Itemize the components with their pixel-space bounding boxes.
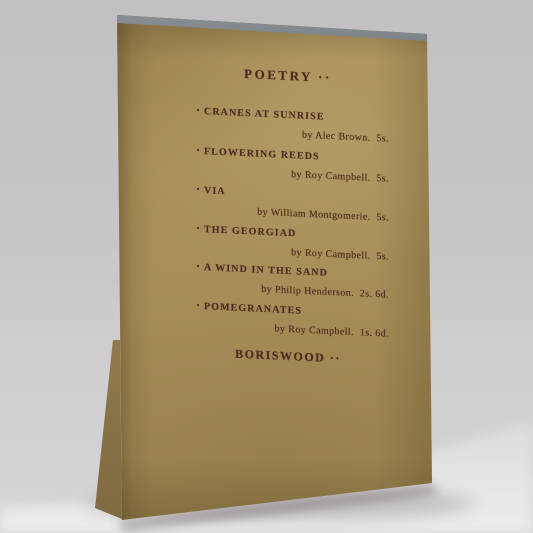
book-title-line: ·THE GEORGIAD [196,222,389,245]
cover-printed-text: POETRY ·· ·CRANES AT SUNRISE by Alec Bro… [178,62,398,382]
cover-heading: POETRY ·· [178,63,398,89]
bullet-icon: · [196,103,200,117]
list-item: ·VIA by William Montgomerie. 5s. [196,183,389,225]
book-photograph: POETRY ·· ·CRANES AT SUNRISE by Alec Bro… [0,0,533,533]
publisher-name: BORISWOOD ·· [178,344,398,369]
book-byline: by Roy Campbell. 5s. [196,164,389,186]
list-item: ·THE GEORGIAD by Roy Campbell. 5s. [196,222,389,264]
list-item: ·FLOWERING REEDS by Roy Campbell. 5s. [196,144,389,186]
book-title-line: ·FLOWERING REEDS [196,144,389,167]
bullet-icon: · [196,298,200,312]
book-title: A WIND IN THE SAND [204,262,328,279]
book-byline: by Alec Brown. 5s. [196,124,389,146]
book-title: CRANES AT SUNRISE [204,106,325,122]
book-title: THE GEORGIAD [204,224,296,239]
book-title: FLOWERING REEDS [204,146,320,162]
list-item: ·CRANES AT SUNRISE by Alec Brown. 5s. [196,104,389,146]
bullet-icon: · [196,221,200,235]
book-title-line: ·CRANES AT SUNRISE [196,104,389,127]
book-title-line: ·A WIND IN THE SAND [196,260,389,283]
bullet-icon: · [196,143,200,157]
book-title-line: ·POMEGRANATES [196,299,389,322]
book-byline: by William Montgomerie. 5s. [196,203,389,225]
book-byline: by Philip Henderson. 2s. 6d. [196,280,389,302]
bullet-icon: · [196,182,200,196]
bullet-icon: · [196,259,200,273]
list-item: ·A WIND IN THE SAND by Philip Henderson.… [196,260,389,302]
book-title: POMEGRANATES [204,301,302,316]
book-title-line: ·VIA [196,183,389,206]
book-title: VIA [204,185,226,197]
list-item: ·POMEGRANATES by Roy Campbell. 1s. 6d. [196,299,389,341]
book-byline: by Roy Campbell. 1s. 6d. [196,319,389,341]
